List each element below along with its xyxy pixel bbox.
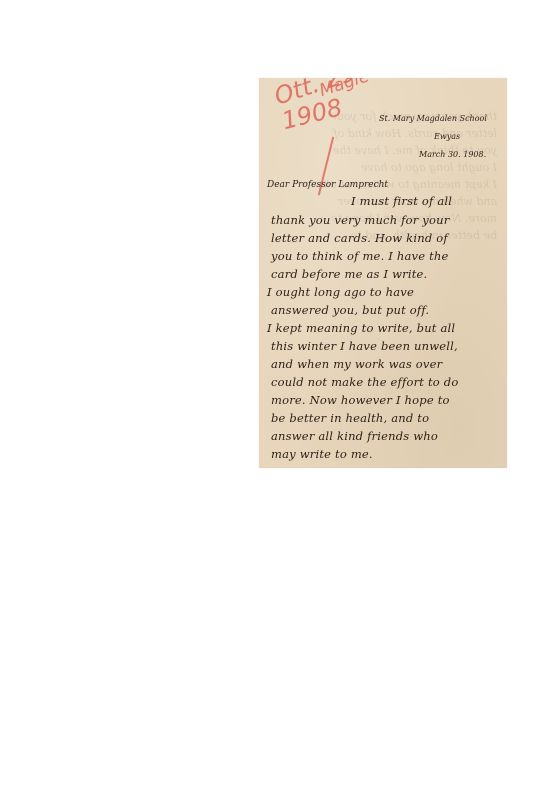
body-line: may write to me.	[271, 447, 373, 461]
body-line: I must first of all	[351, 194, 452, 208]
body-line: I kept meaning to write, but all	[267, 321, 455, 335]
body-line: you to think of me. I have the	[271, 249, 449, 263]
letter-page: thank you very much for your letter and …	[259, 78, 507, 468]
body-line: I ought long ago to have	[267, 285, 414, 299]
header-place: Ewyas	[434, 132, 460, 141]
header-institution: St. Mary Magdalen School	[379, 114, 487, 123]
body-line: more. Now however I hope to	[271, 393, 450, 407]
body-line: this winter I have been unwell,	[271, 339, 458, 353]
header-date: March 30. 1908.	[419, 150, 486, 159]
body-line: letter and cards. How kind of	[271, 231, 448, 245]
body-line: be better in health, and to	[271, 411, 429, 425]
body-line: answered you, but put off.	[271, 303, 429, 317]
salutation: Dear Professor Lamprecht	[267, 180, 388, 190]
body-line: card before me as I write.	[271, 267, 427, 281]
body-line: could not make the effort to do	[271, 375, 458, 389]
body-line: answer all kind friends who	[271, 429, 438, 443]
body-line: and when my work was over	[271, 357, 442, 371]
body-line: thank you very much for your	[271, 213, 449, 227]
